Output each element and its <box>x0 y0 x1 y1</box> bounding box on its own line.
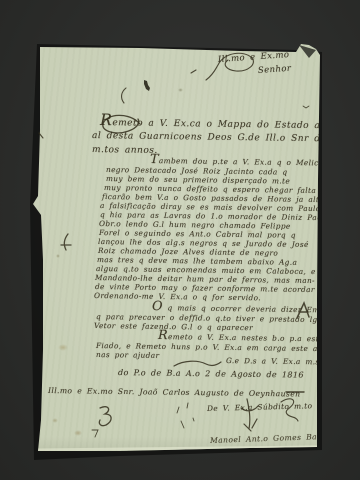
manuscript-page: Ill.mo e Ex.mo Senhor Remeto a V. Ex.ca … <box>0 0 360 480</box>
body-line: Remeto a V. Ex.ca o Mappa do Estado actu… <box>100 116 340 131</box>
salutation-line-1: Ill.mo e Ex.mo <box>218 50 290 65</box>
body-line: G.e D.s a V. Ex.a m.s an.s R.o <box>226 356 359 367</box>
body-line: Vetor este fazend.o G.l o q aparecer <box>94 321 253 332</box>
handwriting-layer: Ill.mo e Ex.mo Senhor Remeto a V. Ex.ca … <box>0 0 360 480</box>
body-line: Ordenando-me V. Ex.a o q for servido. <box>94 291 261 302</box>
signature: Manoel Ant.o Gomes Bar.to <box>210 432 332 445</box>
photo-background: Ill.mo e Ex.mo Senhor Remeto a V. Ex.ca … <box>0 0 360 480</box>
salutation-line-2: Senhor <box>258 64 292 76</box>
body-line: m.tos annos. <box>92 145 158 156</box>
body-line: nas por ajudar <box>96 350 160 360</box>
body-line: al desta Guarnicoens Deos G.de Ill.o Snr… <box>92 131 334 144</box>
address-line: Ill.mo e Ex.mo Snr. Joaõ Carlos Augusto … <box>48 386 301 399</box>
dateline: do P.o de B.a A.o 2 de Agosto de 1816 <box>118 368 304 380</box>
